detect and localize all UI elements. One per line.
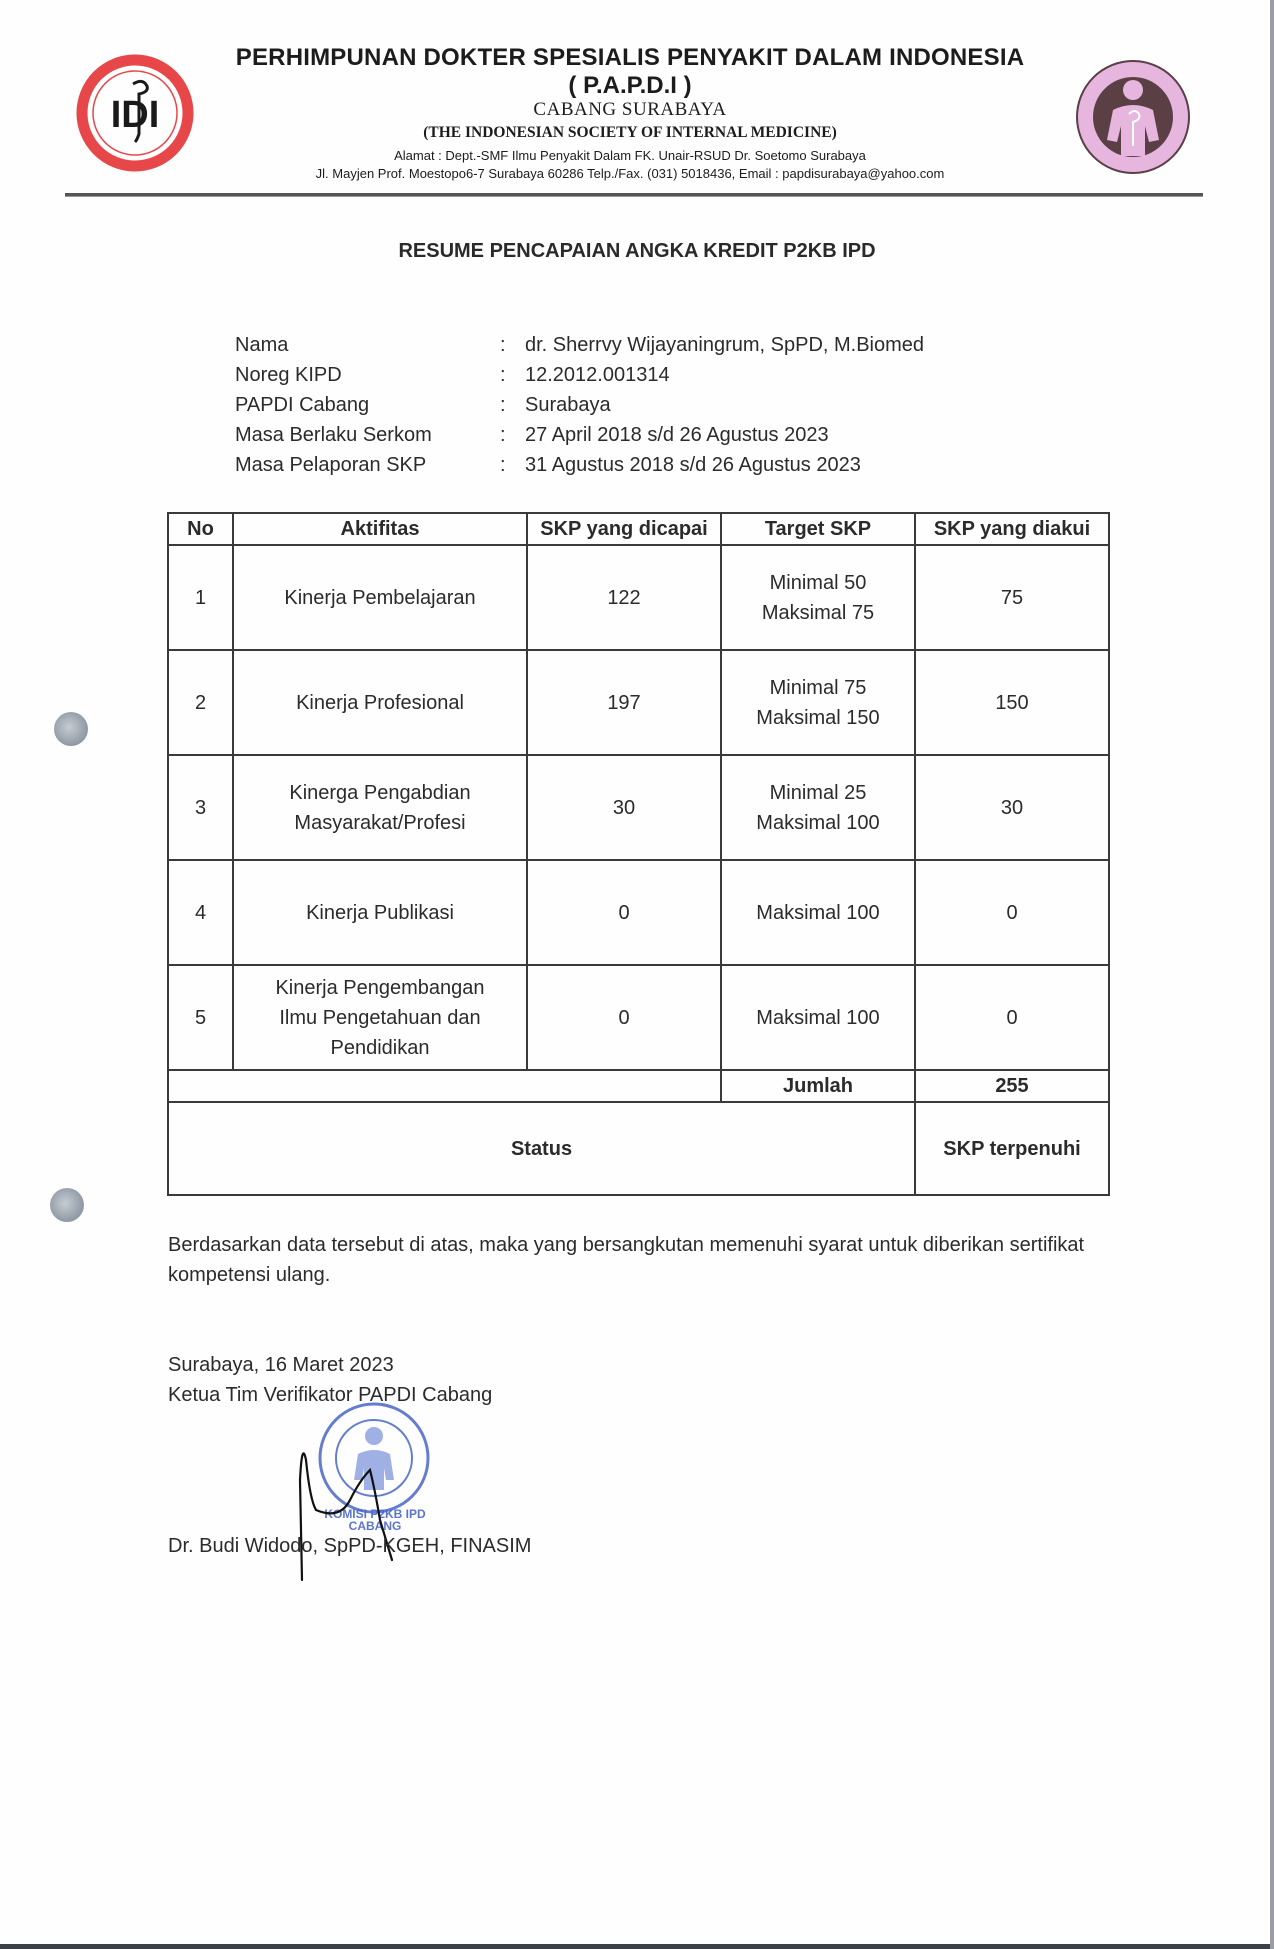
cell-no: 5 bbox=[168, 965, 233, 1070]
cell-achieved: 122 bbox=[527, 545, 721, 650]
target-max: Maksimal 100 bbox=[726, 808, 910, 838]
info-value: Surabaya bbox=[525, 390, 611, 420]
info-value: 31 Agustus 2018 s/d 26 Agustus 2023 bbox=[525, 450, 861, 480]
header-activity: Aktifitas bbox=[233, 513, 527, 545]
table-row: 5 Kinerja Pengembangan Ilmu Pengetahuan … bbox=[168, 965, 1109, 1070]
idi-logo-icon: IDI bbox=[76, 54, 194, 172]
info-label: Masa Pelaporan SKP bbox=[235, 450, 500, 480]
info-separator: : bbox=[500, 360, 525, 390]
table-row: 2 Kinerja Profesional 197 Minimal 75Maks… bbox=[168, 650, 1109, 755]
cell-recognized: 150 bbox=[915, 650, 1109, 755]
info-label: Masa Berlaku Serkom bbox=[235, 420, 500, 450]
table-row: 4 Kinerja Publikasi 0 Maksimal 100 0 bbox=[168, 860, 1109, 965]
info-separator: : bbox=[500, 390, 525, 420]
header-target: Target SKP bbox=[721, 513, 915, 545]
table-row: 1 Kinerja Pembelajaran 122 Minimal 50Mak… bbox=[168, 545, 1109, 650]
status-row: Status SKP terpenuhi bbox=[168, 1102, 1109, 1195]
org-name: PERHIMPUNAN DOKTER SPESIALIS PENYAKIT DA… bbox=[190, 44, 1070, 72]
total-value: 255 bbox=[915, 1070, 1109, 1102]
cell-target: Minimal 75Maksimal 150 bbox=[721, 650, 915, 755]
skp-table-container: No Aktifitas SKP yang dicapai Target SKP… bbox=[167, 512, 1110, 1196]
cell-recognized: 0 bbox=[915, 860, 1109, 965]
status-value: SKP terpenuhi bbox=[915, 1102, 1109, 1195]
info-label: PAPDI Cabang bbox=[235, 390, 500, 420]
signature-place-date: Surabaya, 16 Maret 2023 bbox=[168, 1350, 394, 1380]
binder-hole bbox=[50, 1188, 84, 1222]
cell-recognized: 0 bbox=[915, 965, 1109, 1070]
cell-recognized: 75 bbox=[915, 545, 1109, 650]
cell-target: Minimal 50Maksimal 75 bbox=[721, 545, 915, 650]
scan-edge bbox=[0, 1944, 1274, 1949]
cell-achieved: 197 bbox=[527, 650, 721, 755]
target-max: Maksimal 75 bbox=[726, 598, 910, 628]
activity-text: Kinerga Pengabdian Masyarakat/Profesi bbox=[238, 778, 522, 838]
total-row: Jumlah 255 bbox=[168, 1070, 1109, 1102]
cell-achieved: 30 bbox=[527, 755, 721, 860]
info-row-serkom: Masa Berlaku Serkom : 27 April 2018 s/d … bbox=[235, 420, 924, 450]
cell-target: Minimal 25Maksimal 100 bbox=[721, 755, 915, 860]
info-separator: : bbox=[500, 330, 525, 360]
target-min: Minimal 25 bbox=[726, 778, 910, 808]
activity-text: Kinerja Pengembangan Ilmu Pengetahuan da… bbox=[238, 973, 522, 1063]
org-english-name: (THE INDONESIAN SOCIETY OF INTERNAL MEDI… bbox=[190, 124, 1070, 142]
table-header: No Aktifitas SKP yang dicapai Target SKP… bbox=[168, 513, 1109, 545]
binder-hole bbox=[54, 712, 88, 746]
org-contact: Jl. Mayjen Prof. Moestopo6-7 Surabaya 60… bbox=[190, 166, 1070, 181]
org-branch: CABANG SURABAYA bbox=[190, 99, 1070, 121]
document-title: RESUME PENCAPAIAN ANGKA KREDIT P2KB IPD bbox=[0, 240, 1274, 263]
info-value: 27 April 2018 s/d 26 Agustus 2023 bbox=[525, 420, 829, 450]
info-label: Nama bbox=[235, 330, 500, 360]
identity-info: Nama : dr. Sherrvy Wijayaningrum, SpPD, … bbox=[235, 330, 924, 480]
cell-no: 2 bbox=[168, 650, 233, 755]
cell-achieved: 0 bbox=[527, 965, 721, 1070]
handwritten-signature-icon bbox=[280, 1420, 440, 1590]
info-row-name: Nama : dr. Sherrvy Wijayaningrum, SpPD, … bbox=[235, 330, 924, 360]
cell-activity: Kinerja Profesional bbox=[233, 650, 527, 755]
info-row-noreg: Noreg KIPD : 12.2012.001314 bbox=[235, 360, 924, 390]
total-spacer bbox=[168, 1070, 721, 1102]
info-separator: : bbox=[500, 450, 525, 480]
target-min: Minimal 75 bbox=[726, 673, 910, 703]
info-separator: : bbox=[500, 420, 525, 450]
cell-activity: Kinerja Pengembangan Ilmu Pengetahuan da… bbox=[233, 965, 527, 1070]
cell-activity: Kinerga Pengabdian Masyarakat/Profesi bbox=[233, 755, 527, 860]
cell-target: Maksimal 100 bbox=[721, 860, 915, 965]
target-max: Maksimal 150 bbox=[726, 703, 910, 733]
cell-recognized: 30 bbox=[915, 755, 1109, 860]
skp-table: No Aktifitas SKP yang dicapai Target SKP… bbox=[167, 512, 1110, 1196]
cell-target: Maksimal 100 bbox=[721, 965, 915, 1070]
cell-activity: Kinerja Pembelajaran bbox=[233, 545, 527, 650]
info-value: 12.2012.001314 bbox=[525, 360, 670, 390]
info-label: Noreg KIPD bbox=[235, 360, 500, 390]
info-row-branch: PAPDI Cabang : Surabaya bbox=[235, 390, 924, 420]
info-value: dr. Sherrvy Wijayaningrum, SpPD, M.Biome… bbox=[525, 330, 924, 360]
signatory-name: Dr. Budi Widodo, SpPD-KGEH, FINASIM bbox=[168, 1531, 531, 1561]
status-label: Status bbox=[168, 1102, 915, 1195]
papdi-emblem-icon bbox=[1073, 58, 1193, 176]
cell-no: 3 bbox=[168, 755, 233, 860]
table-row: 3 Kinerga Pengabdian Masyarakat/Profesi … bbox=[168, 755, 1109, 860]
cell-achieved: 0 bbox=[527, 860, 721, 965]
svg-text:IDI: IDI bbox=[111, 94, 160, 136]
cell-activity: Kinerja Publikasi bbox=[233, 860, 527, 965]
conclusion-text: Berdasarkan data tersebut di atas, maka … bbox=[168, 1230, 1108, 1290]
header-no: No bbox=[168, 513, 233, 545]
header-achieved: SKP yang dicapai bbox=[527, 513, 721, 545]
org-abbreviation: ( P.A.P.D.I ) bbox=[190, 72, 1070, 100]
cell-no: 4 bbox=[168, 860, 233, 965]
total-label: Jumlah bbox=[721, 1070, 915, 1102]
letterhead-divider bbox=[65, 193, 1203, 197]
target-min: Minimal 50 bbox=[726, 568, 910, 598]
info-row-reporting: Masa Pelaporan SKP : 31 Agustus 2018 s/d… bbox=[235, 450, 924, 480]
cell-no: 1 bbox=[168, 545, 233, 650]
org-address: Alamat : Dept.-SMF Ilmu Penyakit Dalam F… bbox=[190, 148, 1070, 163]
scan-edge bbox=[1270, 0, 1274, 1949]
header-recognized: SKP yang diakui bbox=[915, 513, 1109, 545]
